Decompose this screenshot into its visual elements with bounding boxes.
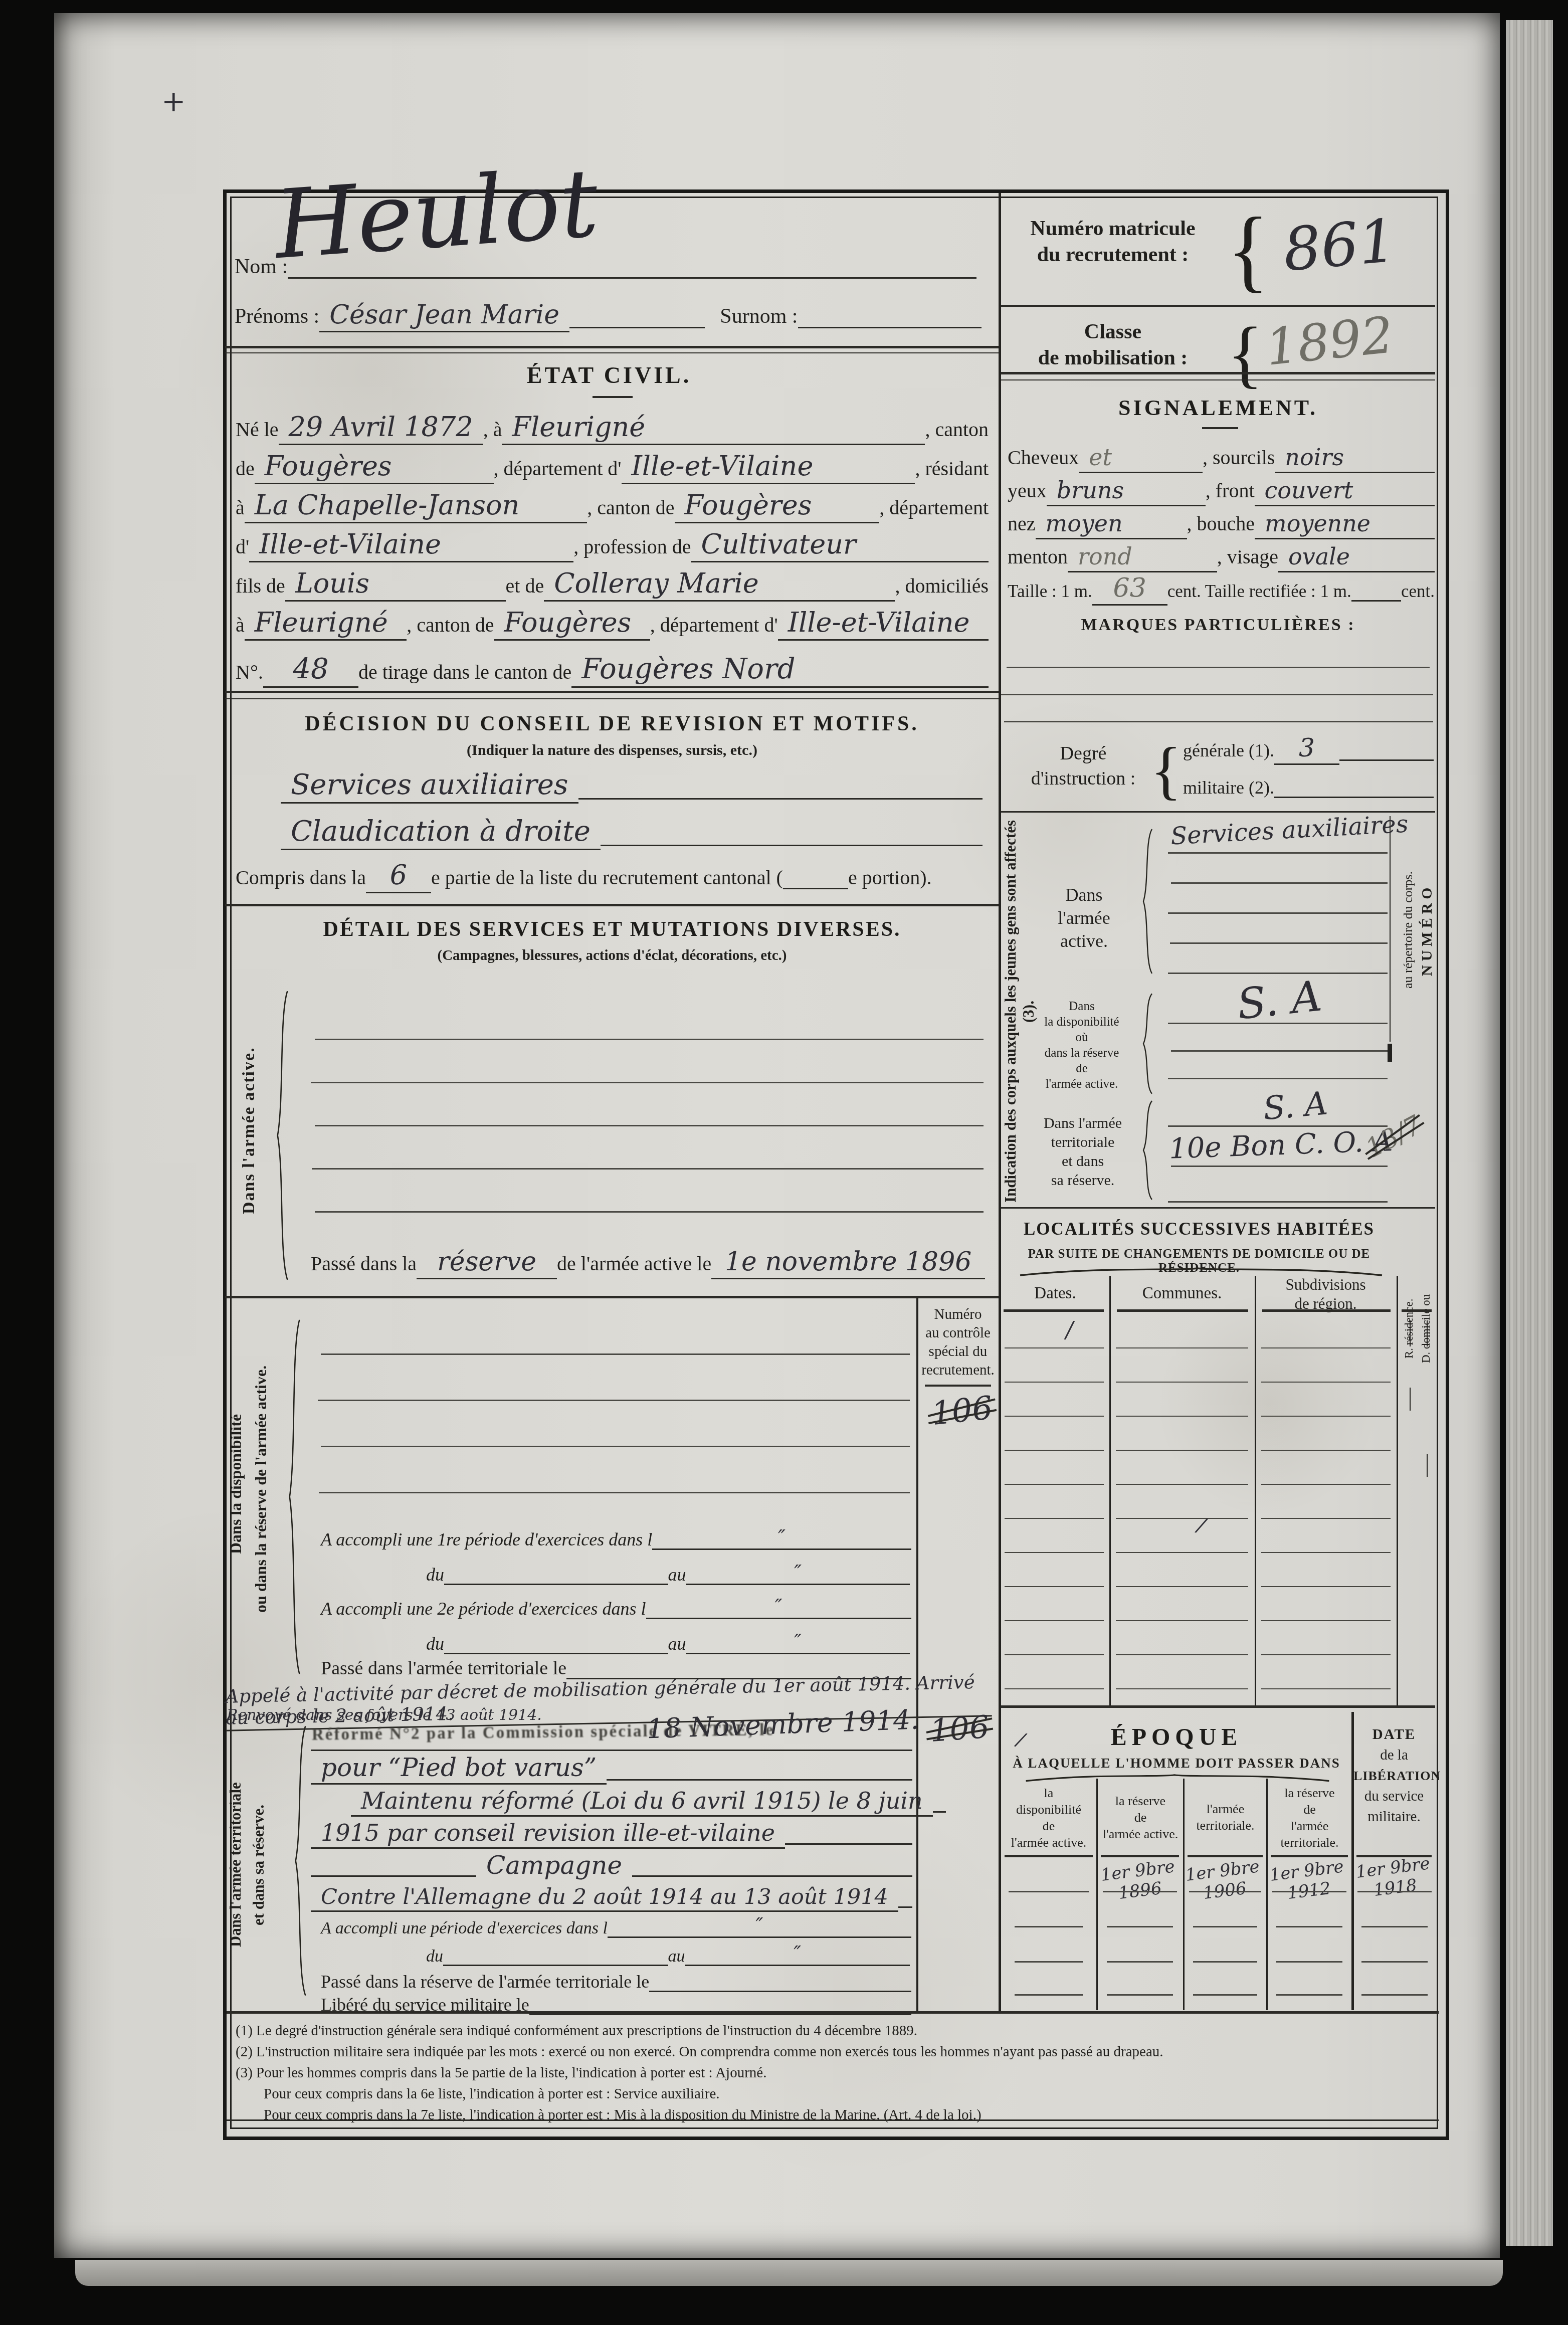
compris-label: Compris dans la [236, 866, 366, 893]
blank-line [315, 1211, 984, 1213]
decor: Contre l'Allemagne du 2 août 1914 au 13 … [311, 1881, 912, 1912]
et-de-label: et de [506, 574, 544, 602]
decor [1143, 1101, 1152, 1200]
decision-motif-2: Claudication à droite [281, 815, 601, 850]
tick [1410, 1320, 1411, 1346]
epoque-col1-header: la [1001, 1785, 1096, 1801]
rule [225, 691, 999, 693]
ne-le-label: Né le [236, 418, 279, 445]
header-underline [1262, 1309, 1391, 1312]
margin-cross-mark: + [161, 84, 186, 118]
taille-value: 63 [1092, 573, 1167, 606]
blank-line [1168, 1201, 1388, 1203]
rule [225, 904, 999, 906]
corps-row2-label: dans la réserve [1027, 1045, 1137, 1061]
du-label: du [426, 1633, 444, 1658]
side-label-territoriale2: et dans sa réserve. [250, 1755, 268, 1975]
controle-label: recrutement. [920, 1361, 996, 1380]
tick [1427, 1320, 1428, 1346]
periode1-label: A accompli une 1re période d'exercices d… [321, 1529, 652, 1554]
departement-label: , département [879, 496, 989, 523]
epoque-title: ÉPOQUE [1001, 1723, 1352, 1751]
prenoms-line [569, 293, 705, 332]
decor: Prénoms : César Jean Marie Surnom : [235, 293, 982, 332]
decor: du au ″ [426, 1943, 910, 1970]
classe-mobilisation-label: Classe [1005, 319, 1221, 345]
epoque-col2-header: l'armée active. [1098, 1826, 1183, 1842]
cent-label: cent. [1401, 582, 1435, 606]
line [933, 1786, 946, 1817]
localites-dates-rows [1005, 1314, 1104, 1701]
blank-line [1168, 852, 1388, 854]
rule [925, 1385, 991, 1387]
curly-brace-icon: { [1227, 311, 1263, 397]
value-line [1361, 1961, 1428, 1963]
value-line [1015, 1994, 1083, 1996]
side-label-armee-active: Dans l'armée active. [240, 1023, 259, 1238]
decor: du au ″ [426, 1558, 910, 1589]
decor: pour “Pied bot varus” [311, 1754, 912, 1785]
periode2-label: A accompli une 2e période d'exercices da… [321, 1598, 646, 1623]
blank-line [312, 1168, 984, 1170]
decor: Claudication à droite [281, 811, 983, 850]
father-name-value: Louis [285, 567, 506, 602]
renvoye-note: Renvoyé dans ses foyers le 13 août 1914. [227, 1706, 542, 1724]
header-underline [1004, 1309, 1104, 1312]
passe-reserve-label2: de l'armée active le [557, 1252, 711, 1279]
blank-line [1168, 973, 1388, 974]
curly-brace-icon [1141, 992, 1154, 1096]
instruction-generale-line [1339, 736, 1434, 765]
a-label: , à [483, 418, 502, 445]
line [607, 1754, 912, 1785]
title-dash [593, 396, 633, 398]
table-vline [1255, 1276, 1256, 1705]
decor: Cheveux et , sourcils noirs [1008, 442, 1435, 473]
bouche-value: moyenne [1255, 510, 1435, 539]
periode3-line: ″ [608, 1914, 911, 1942]
epoque-col1-header: l'armée active. [1001, 1834, 1096, 1851]
numero-matricule-label: Numéro matricule [1005, 216, 1221, 242]
line [649, 1969, 911, 1996]
value-line [1107, 1961, 1173, 1963]
rule [1001, 1207, 1435, 1209]
degre-instruction-label: Degré [1018, 741, 1149, 766]
curly-brace-icon: { [1227, 197, 1269, 303]
cheveux-label: Cheveux [1008, 446, 1079, 473]
ditto-mark: ″ [794, 1561, 802, 1584]
ditto-mark: ″ [778, 1526, 786, 1549]
epoque-col2-header: la réserve [1098, 1793, 1183, 1809]
numero-repertoire-end-bar [1388, 1044, 1392, 1062]
a-label: à [236, 496, 245, 523]
rule [227, 2119, 1439, 2121]
sourcils-value: noirs [1275, 444, 1435, 473]
tirage-canton-value: Fougères Nord [571, 653, 989, 688]
curly-brace-icon [1141, 1099, 1154, 1202]
decor: yeux bruns , front couvert [1008, 475, 1435, 506]
value-line [1189, 1891, 1261, 1892]
birth-canton-value: Fougères [255, 450, 494, 484]
blank-line [315, 1039, 984, 1040]
decor: (1) Le degré d'instruction générale sera… [236, 2020, 1439, 2125]
side-label-disponibilite2: ou dans la réserve de l'armée active. [252, 1323, 270, 1654]
decision-line [578, 764, 983, 804]
blank-line [321, 1446, 910, 1447]
campagne-detail-value: Contre l'Allemagne du 2 août 1914 au 13 … [311, 1884, 898, 1912]
corps-row3-label: Dans l'armée [1030, 1114, 1135, 1133]
decision-motif-1: Services auxiliaires [281, 768, 578, 804]
rule [225, 352, 999, 353]
decor: militaire (2). [1183, 773, 1434, 802]
curly-brace-icon [287, 1312, 302, 1681]
taille-rectifiee-line [1351, 574, 1401, 606]
profession-value: Cultivateur [691, 528, 989, 562]
maintenu-reforme-value: Maintenu réformé (Loi du 6 avril 1915) l… [351, 1787, 933, 1817]
blank-line [1170, 942, 1388, 944]
decor [1143, 829, 1152, 974]
au-line: ″ [686, 1558, 910, 1589]
corps-row3-label: et dans [1030, 1152, 1135, 1171]
sourcils-label: , sourcils [1203, 446, 1275, 473]
profession-label: , profession de [573, 535, 691, 562]
decor: A accompli une 2e période d'exercices da… [321, 1592, 911, 1623]
reforme-motif-value: pour “Pied bot varus” [311, 1753, 607, 1785]
value-line [1361, 1926, 1428, 1927]
decor [1143, 994, 1152, 1094]
numero-tirage-label: N°. [236, 660, 263, 688]
value-line [1276, 1926, 1342, 1927]
compris-label3: e portion). [848, 866, 932, 893]
front-value: couvert [1255, 477, 1435, 506]
value-line [1015, 1926, 1083, 1927]
controle-label: spécial du [920, 1342, 996, 1361]
decor: la disponibilité de l'armée active. [1001, 1785, 1096, 1851]
header-underline [1117, 1309, 1248, 1312]
corps-row3-value1: S. A [1262, 1085, 1329, 1128]
menton-label: menton [1008, 545, 1068, 572]
surnom-label: Surnom : [705, 304, 798, 332]
decor: menton rond , visage ovale [1008, 541, 1435, 572]
numero-repertoire-divider [1390, 816, 1391, 1042]
decor: Subdivisions de région. [1255, 1275, 1397, 1313]
rule [225, 698, 999, 699]
birth-date-value: 29 Avril 1872 [279, 411, 483, 445]
localites-col4-side-label: D. domicile ou [1420, 1279, 1433, 1378]
corps-row2-label: Dans [1027, 999, 1137, 1014]
decor: du au ″ [426, 1627, 910, 1658]
blank-line [315, 1125, 984, 1126]
header-underline [1402, 1309, 1432, 1312]
rule [1001, 379, 1435, 380]
decor: l'armée territoriale. [1185, 1801, 1266, 1834]
periode2-line: ″ [646, 1592, 912, 1623]
epoque-col1-header: disponibilité [1001, 1801, 1096, 1818]
curly-brace-icon [293, 1720, 308, 2001]
du-label: du [426, 1564, 444, 1589]
au-label: au [668, 1633, 686, 1658]
etat-civil-title: ÉTAT CIVIL. [351, 362, 867, 389]
compris-label2: e partie de la liste du recrutement cant… [431, 866, 783, 893]
value-line [1361, 1994, 1428, 1996]
d-label: d' [236, 535, 249, 562]
yeux-label: yeux [1008, 479, 1047, 506]
epoque-col4-header: la réserve [1268, 1785, 1351, 1801]
decor: fils de Louis et de Colleray Marie , dom… [236, 563, 989, 602]
parents-canton-value: Fougères [494, 607, 650, 641]
decor: Dans l'armée territoriale et dans sa rés… [1030, 1114, 1135, 1190]
canton-de-label: , canton de [407, 613, 494, 641]
signalement-title: SIGNALEMENT. [1001, 395, 1435, 421]
decor: Classe de mobilisation : [1005, 319, 1221, 371]
decor: Libéré du service militaire le [321, 1994, 911, 2019]
visage-value: ovale [1278, 543, 1435, 572]
ditto-mark: ″ [794, 1942, 801, 1965]
residence-departement-value: Ille-et-Vilaine [249, 528, 573, 562]
passe-reserve-value: réserve [417, 1247, 557, 1279]
numero-matricule-label2: du recrutement : [1005, 242, 1221, 268]
canton-label: , canton [925, 418, 989, 445]
blank-line [1168, 1023, 1388, 1024]
curly-brace-icon [275, 985, 290, 1286]
value-line [1015, 1961, 1083, 1963]
controle-label: Numéro [920, 1305, 996, 1324]
epoque-date-header: DATE [1353, 1724, 1435, 1745]
rule [1001, 305, 1435, 307]
decor: Passé dans la réserve de l'armée territo… [321, 1969, 911, 1996]
residant-label: , résidant [915, 457, 989, 484]
mother-name-value: Colleray Marie [544, 567, 895, 602]
localites-col-communes: Communes. [1109, 1284, 1255, 1303]
value-line [1276, 1961, 1342, 1963]
decor [1026, 1775, 1329, 1781]
value-line [1272, 1891, 1346, 1892]
corps-row1-label: Dans [1033, 883, 1135, 906]
decision-line [601, 811, 983, 850]
value-line [1193, 1926, 1257, 1927]
epoque-subtitle: À LAQUELLE L'HOMME DOIT PASSER DANS [1001, 1756, 1352, 1771]
nom-label: Nom : [235, 255, 288, 283]
footnote-1: (1) Le degré d'instruction générale sera… [236, 2020, 1439, 2041]
birth-place-value: Fleurigné [502, 411, 925, 445]
next-page-edge [1506, 20, 1553, 2246]
rule [227, 2011, 1439, 2014]
controle-special-number2: 106 [929, 1708, 991, 1749]
campagne-title: Campagne [476, 1851, 632, 1881]
blank-line [1004, 721, 1433, 722]
blank-line [1001, 694, 1433, 695]
decor: la réserve de l'armée active. [1098, 1793, 1183, 1842]
prenoms-label: Prénoms : [235, 304, 319, 332]
bouche-label: , bouche [1187, 512, 1255, 539]
parents-residence-value: Fleurigné [245, 607, 407, 641]
decision-title: DÉCISION DU CONSEIL DE REVISION ET MOTIF… [236, 712, 989, 736]
curly-brace-icon [1141, 826, 1154, 977]
blank-line [321, 1353, 910, 1355]
epoque-date-header: militaire. [1353, 1807, 1435, 1827]
epoque-col4-header: de [1268, 1801, 1351, 1818]
decor: à Fleurigné , canton de Fougères , dépar… [236, 603, 989, 641]
decor: Numéro au contrôle spécial du recrutemen… [920, 1305, 996, 1380]
a-label: à [236, 613, 245, 641]
localites-col-subdivisions: Subdivisions [1255, 1275, 1397, 1294]
localites-subdivisions-rows [1261, 1314, 1391, 1701]
decor: Passé dans la réserve de l'armée active … [311, 1239, 985, 1279]
menton-value: rond [1068, 543, 1217, 572]
surnom-line [798, 293, 982, 332]
localites-col-dates: Dates. [1001, 1284, 1109, 1303]
decor: A accompli une période d'exercices dans … [321, 1914, 911, 1942]
prenoms-value: César Jean Marie [319, 300, 569, 332]
birth-departement-value: Ille-et-Vilaine [622, 450, 915, 484]
epoque-col2-header: de [1098, 1809, 1183, 1826]
front-label: , front [1206, 479, 1255, 506]
header-underline [1005, 1855, 1093, 1857]
instruction-militaire-line [1274, 773, 1434, 802]
liste-partie-value: 6 [366, 859, 431, 893]
blank-line [319, 1492, 910, 1493]
blank-line [1171, 1166, 1388, 1167]
localites-col4-side-label2: R. résidence. [1403, 1279, 1416, 1378]
ditto-mark: ″ [755, 1914, 763, 1937]
value-line [1193, 1994, 1257, 1996]
nez-label: nez [1008, 512, 1036, 539]
rule [225, 346, 999, 348]
controle-special-value: 106 [929, 1390, 994, 1433]
decor: Numéro matricule du recrutement : [1005, 216, 1221, 268]
instruction-generale-value: 3 [1274, 733, 1339, 765]
controle-special-number: 106 [929, 1390, 994, 1433]
au-line: ″ [685, 1943, 910, 1970]
residence-canton-value: Fougères [675, 489, 880, 523]
de-label: de [236, 457, 255, 484]
marques-particulieres-label: MARQUES PARTICULIÈRES : [1001, 616, 1435, 635]
epoque-col3-header: territoriale. [1185, 1817, 1266, 1834]
departement-label: , département d' [650, 613, 778, 641]
epoque-col4-header: territoriale. [1268, 1834, 1351, 1851]
epoque-date-header: LIBÉRATION [1353, 1766, 1435, 1786]
line [311, 1850, 476, 1881]
value-line [1009, 1891, 1089, 1892]
footnote-5: Pour ceux compris dans la 7e liste, l'in… [236, 2104, 1439, 2125]
decor: Degré d'instruction : [1018, 741, 1149, 791]
services-subtitle: (Campagnes, blessures, actions d'éclat, … [236, 947, 989, 964]
stray-pen-mark: / [1066, 1317, 1073, 1343]
corps-row3-label: territoriale [1030, 1133, 1135, 1152]
blank-line [1007, 667, 1430, 668]
decor: d' Ille-et-Vilaine , profession de Culti… [236, 524, 989, 562]
corps-row2-label: où [1027, 1030, 1137, 1045]
decor: Dans l'armée active. [1033, 883, 1135, 952]
table-vline [1397, 1276, 1398, 1705]
value-line [1357, 1891, 1432, 1892]
passe-reserve-label: Passé dans la [311, 1252, 417, 1279]
corps-row1-label2: l'armée active. [1033, 906, 1135, 952]
taille-label: Taille : 1 m. [1008, 582, 1092, 606]
decor: générale (1). 3 [1183, 736, 1434, 765]
controle-column-divider [916, 1298, 918, 2011]
libere-service-label: Libéré du service militaire le [321, 1994, 529, 2019]
classe-mobilisation-label2: de mobilisation : [1005, 345, 1221, 371]
passe-reserve-territoriale-label: Passé dans la réserve de l'armée territo… [321, 1971, 649, 1996]
blank-line [1168, 912, 1388, 914]
rule [1001, 372, 1435, 374]
title-dash [1202, 427, 1238, 429]
corps-row3-label: sa réserve. [1030, 1171, 1135, 1190]
du-line [443, 1943, 668, 1970]
blank-line [311, 1082, 984, 1083]
decor: Nom : [235, 247, 976, 283]
decor: la réserve de l'armée territoriale. [1268, 1785, 1351, 1851]
decor [1020, 1268, 1382, 1275]
page-bottom-edge [75, 2260, 1503, 2286]
nez-value: moyen [1036, 510, 1187, 539]
decor: à La Chapelle-Janson , canton de Fougère… [236, 485, 989, 523]
ditto-mark: ″ [775, 1595, 782, 1618]
decor: 1915 par conseil revision ille-et-vilain… [311, 1818, 912, 1849]
fils-de-label: fils de [236, 574, 285, 602]
services-title: DÉTAIL DES SERVICES ET MUTATIONS DIVERSE… [236, 917, 989, 941]
epoque-date-header: du service [1353, 1786, 1435, 1807]
footnote-2: (2) L'instruction militaire sera indiqué… [236, 2041, 1439, 2062]
numero-tirage-value: 48 [263, 653, 358, 688]
decor: Maintenu réformé (Loi du 6 avril 1915) l… [351, 1786, 912, 1817]
corps-row2-label: l'armée active. [1027, 1076, 1137, 1092]
line [898, 1881, 912, 1912]
portion-line [783, 858, 848, 893]
epoque-col1-header: de [1001, 1818, 1096, 1834]
localites-title: LOCALITÉS SUCCESSIVES HABITÉES [1001, 1219, 1397, 1239]
blank-line [1168, 1078, 1388, 1079]
value-line [1276, 1994, 1342, 1996]
yeux-value: bruns [1047, 477, 1206, 506]
horizontal-brace-icon [1020, 1772, 1335, 1783]
localites-communes-rows [1116, 1314, 1248, 1701]
decor [296, 1726, 306, 1996]
value-line [1107, 1994, 1173, 1996]
du-line [444, 1627, 668, 1658]
numero-repertoire-side-label: NUMÉRO [1419, 825, 1436, 1035]
visage-label: , visage [1217, 545, 1278, 572]
degre-instruction-label2: d'instruction : [1018, 766, 1149, 791]
domicilies-label: , domiciliés [895, 574, 989, 602]
taille-rectifiee-label: cent. Taille rectifiée : 1 m. [1167, 582, 1351, 606]
blank-line [318, 1400, 910, 1401]
decor: Taille : 1 m. 63 cent. Taille rectifiée … [1008, 574, 1435, 606]
au-label: au [668, 1947, 685, 1970]
du-line [444, 1558, 668, 1589]
du-label: du [426, 1947, 443, 1970]
parents-departement-value: Ille-et-Vilaine [778, 607, 989, 641]
line [785, 1818, 912, 1849]
rule [1001, 1705, 1435, 1708]
residence-value: La Chapelle-Janson [245, 489, 587, 523]
corps-row2-label: de [1027, 1061, 1137, 1076]
side-label-disponibilite: Dans la disponibilité [227, 1343, 245, 1624]
au-line: ″ [686, 1627, 910, 1658]
decor: Campagne [311, 1850, 912, 1881]
decor: Dans la disponibilité où dans la réserve… [1027, 999, 1137, 1092]
table-vline [1109, 1276, 1111, 1705]
nom-line [288, 247, 976, 283]
value-line [1103, 1891, 1177, 1892]
numero-matricule-value: 861 [1280, 206, 1399, 284]
decor [278, 991, 288, 1280]
decision-subtitle: (Indiquer la nature des dispenses, sursi… [236, 742, 989, 759]
tirage-canton-label: de tirage dans le canton de [358, 660, 571, 688]
epoque-col3-header: l'armée [1185, 1801, 1266, 1817]
decor: Compris dans la 6 e partie de la liste d… [236, 858, 989, 893]
